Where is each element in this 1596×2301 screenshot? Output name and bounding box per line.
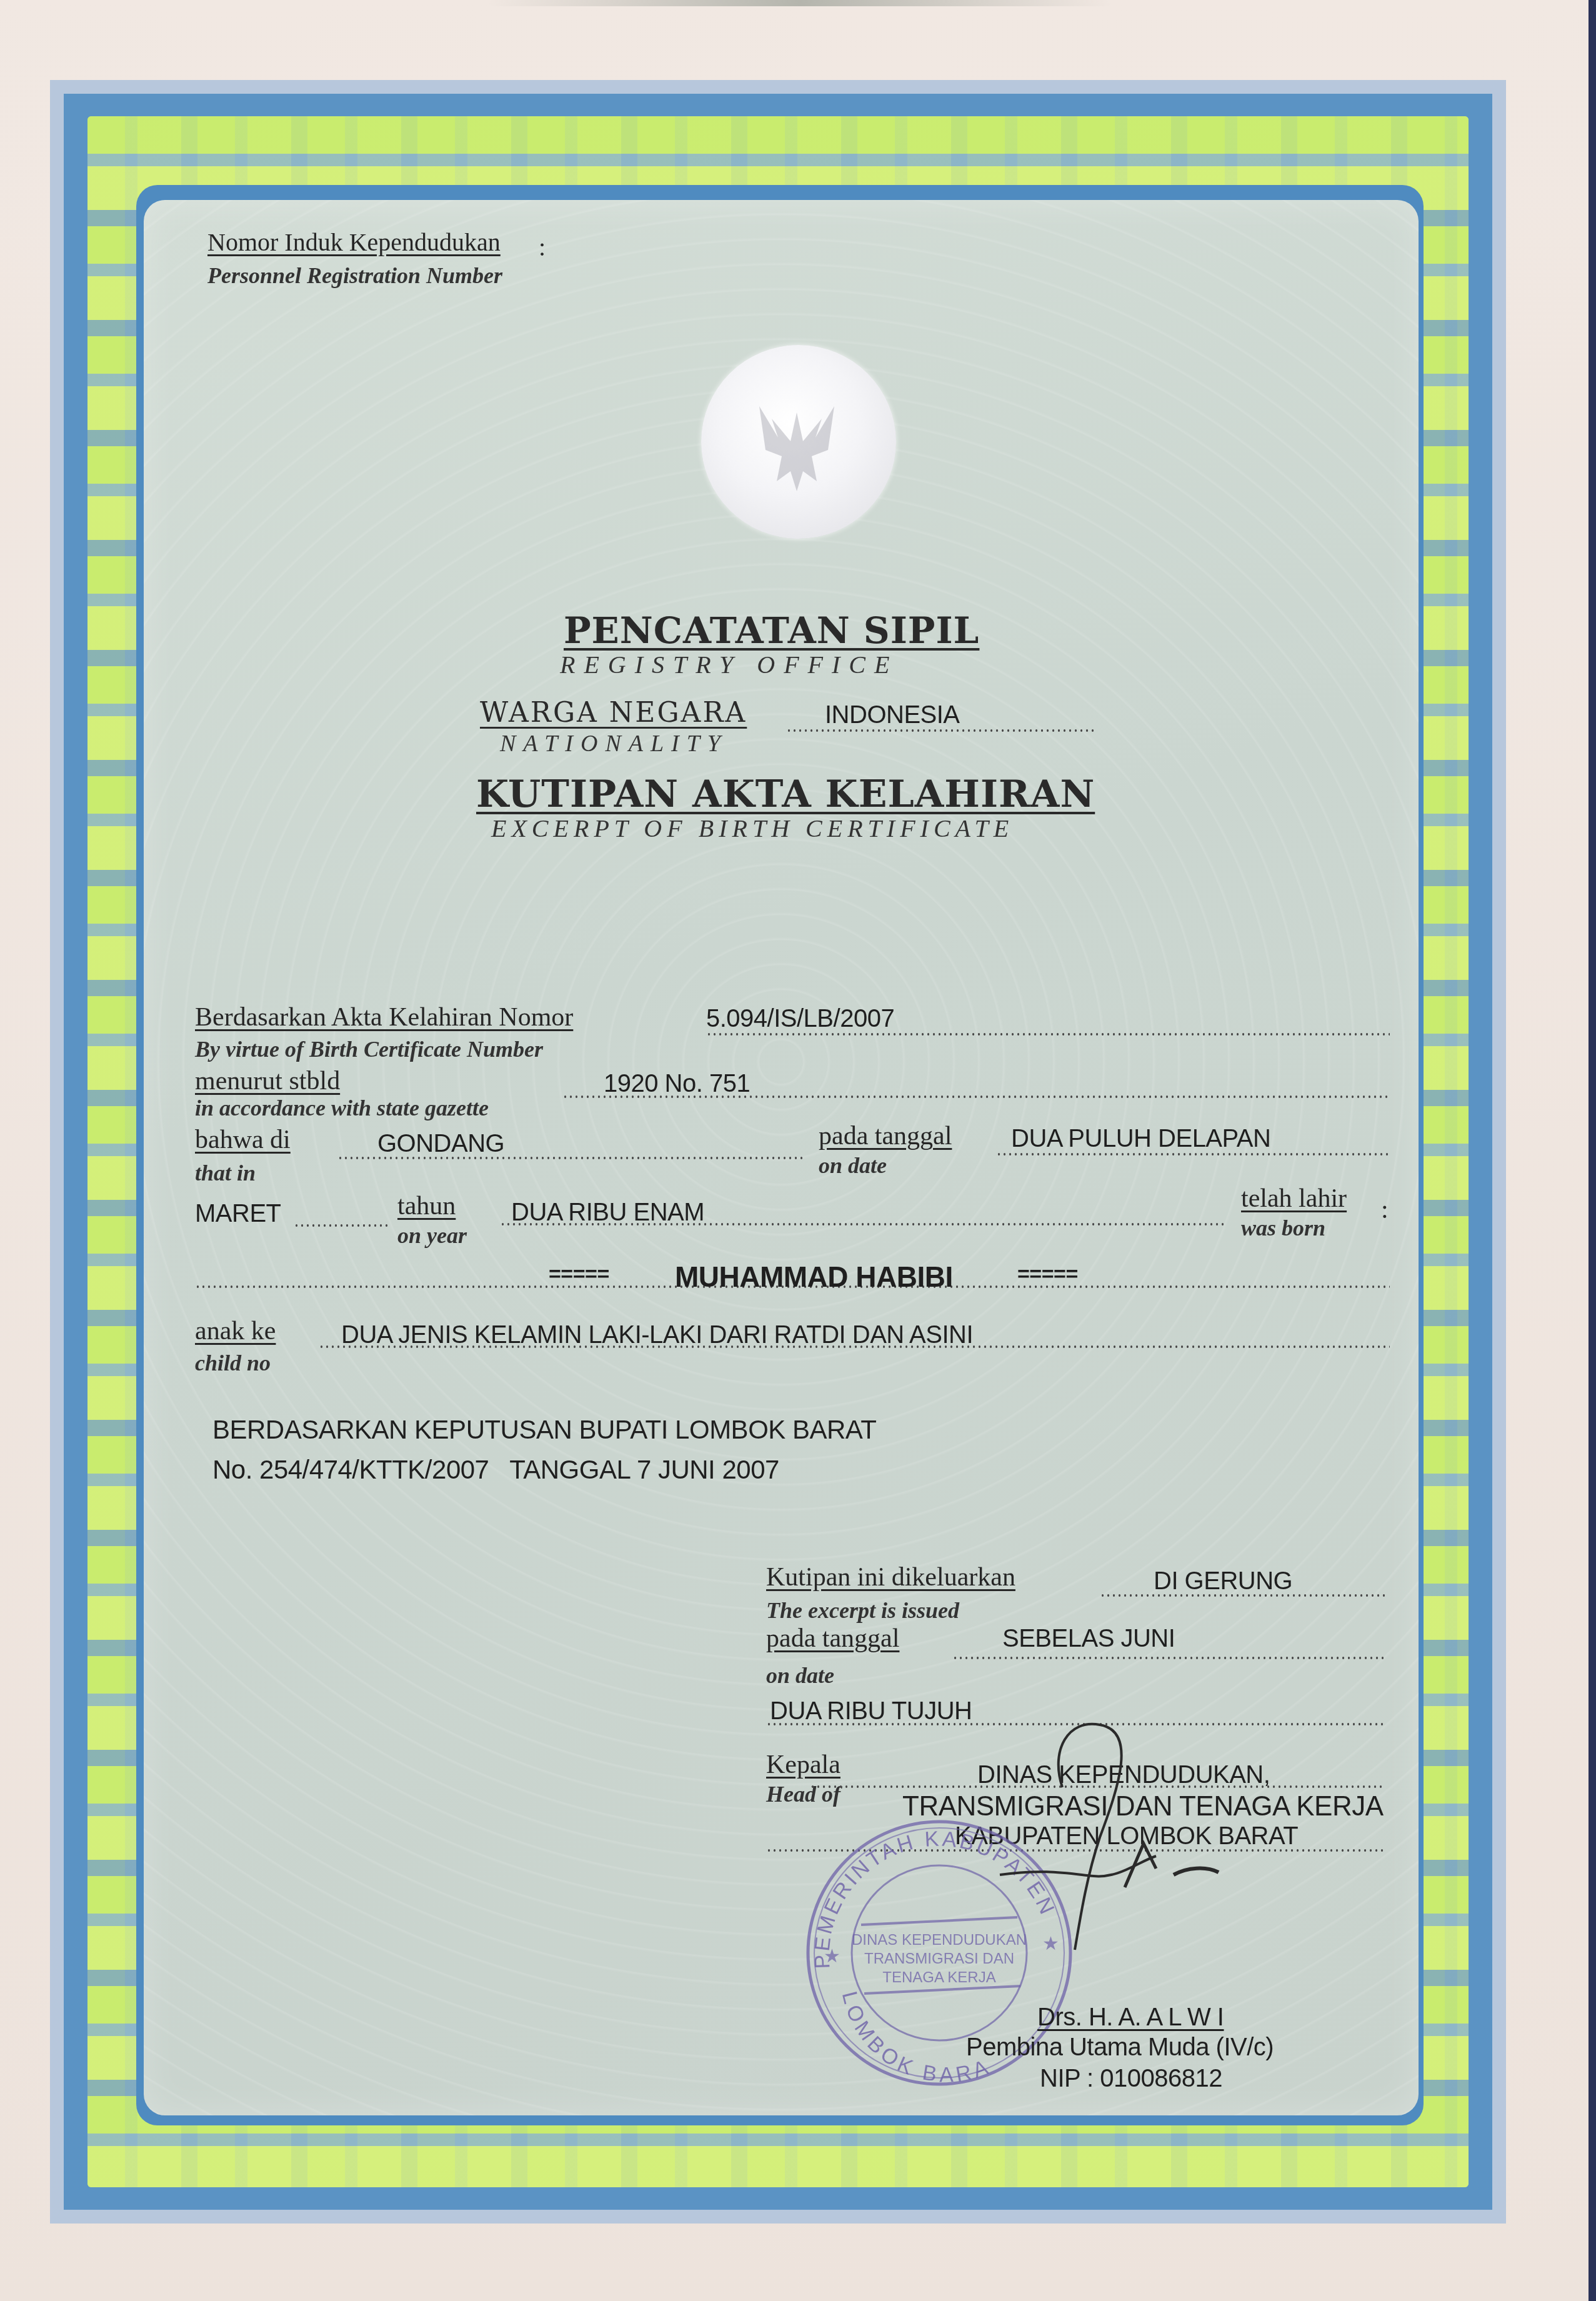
nationality-label: WARGA NEGARA — [480, 697, 747, 729]
office-title-en: REGISTRY OFFICE — [560, 650, 898, 679]
birth-date-dotted-line — [996, 1152, 1390, 1156]
born-colon: : — [1381, 1195, 1389, 1225]
birth-date-value: DUA PULUH DELAPAN — [1011, 1125, 1270, 1153]
signature — [975, 1712, 1275, 1975]
name-prefix: ===== — [549, 1262, 609, 1287]
place-label-en: that in — [195, 1160, 256, 1186]
head-label: Kepala — [766, 1750, 840, 1780]
nationality-value: INDONESIA — [825, 701, 960, 729]
issued-date-label: pada tanggal — [766, 1624, 899, 1654]
garuda-hologram-icon — [734, 381, 859, 506]
nik-colon: : — [539, 232, 546, 262]
document-title: KUTIPAN AKTA KELAHIRAN — [476, 772, 1095, 816]
birth-month-value: MARET — [195, 1200, 281, 1228]
signatory-name: Drs. H. A. A L W I — [1037, 2004, 1224, 2032]
place-dotted-line — [337, 1156, 806, 1160]
issued-label: Kutipan ini dikeluarkan — [766, 1562, 1015, 1592]
child-no-label: anak ke — [195, 1316, 276, 1346]
stbld-label-en: in accordance with state gazette — [195, 1095, 489, 1121]
issued-year-value: DUA RIBU TUJUH — [770, 1697, 972, 1725]
stbld-label: menurut stbld — [195, 1066, 340, 1096]
birth-date-label: pada tanggal — [819, 1121, 952, 1151]
place-value: GONDANG — [377, 1130, 504, 1158]
birth-year-label-en: on year — [397, 1222, 467, 1249]
issued-date-label-en: on date — [766, 1662, 834, 1689]
nik-label: Nomor Induk Kependudukan — [207, 227, 501, 257]
decree-line-1: BERDASARKAN KEPUTUSAN BUPATI LOMBOK BARA… — [212, 1415, 876, 1445]
child-no-dotted-line — [319, 1345, 1390, 1349]
birth-year-dotted-line — [500, 1222, 1227, 1226]
decree-line-2: No. 254/474/KTTK/2007 TANGGAL 7 JUNI 200… — [212, 1455, 779, 1485]
stbld-dotted-line — [562, 1095, 1390, 1099]
right-edge-shadow — [1589, 0, 1596, 2301]
top-edge-shadow — [487, 0, 1112, 6]
birth-date-label-en: on date — [819, 1152, 887, 1179]
cert-number-label-en: By virtue of Birth Certificate Number — [195, 1036, 543, 1062]
issued-place-dotted-line — [1100, 1594, 1385, 1597]
document-title-en: EXCERPT OF BIRTH CERTIFICATE — [491, 814, 1014, 843]
issued-place-value: DI GERUNG — [1154, 1567, 1292, 1595]
birth-month-dotted-line — [294, 1224, 387, 1227]
office-title: PENCATATAN SIPIL — [564, 609, 979, 652]
cert-number-value: 5.094/IS/LB/2007 — [706, 1005, 894, 1033]
birth-year-label: tahun — [397, 1191, 456, 1221]
issued-label-en: The excerpt is issued — [766, 1597, 959, 1624]
nationality-label-en: NATIONALITY — [500, 730, 728, 757]
place-label: bahwa di — [195, 1125, 291, 1155]
child-no-label-en: child no — [195, 1350, 271, 1376]
born-label-en: was born — [1241, 1215, 1325, 1241]
issued-date-dotted-line — [952, 1656, 1385, 1660]
child-name: MUHAMMAD HABIBI — [675, 1260, 953, 1294]
name-suffix: ===== — [1017, 1262, 1078, 1287]
cert-number-dotted-line — [706, 1032, 1390, 1036]
cert-number-label: Berdasarkan Akta Kelahiran Nomor — [195, 1002, 573, 1032]
nik-sublabel: Personnel Registration Number — [207, 262, 502, 289]
nationality-dotted-line — [786, 729, 1096, 732]
stbld-value: 1920 No. 751 — [604, 1070, 750, 1098]
issued-date-value: SEBELAS JUNI — [1002, 1625, 1175, 1653]
born-label: telah lahir — [1241, 1184, 1347, 1214]
stamp-star-icon: ★ — [824, 1946, 840, 1967]
signatory-nip: NIP : 010086812 — [1040, 2065, 1222, 2093]
signatory-rank: Pembina Utama Muda (IV/c) — [966, 2034, 1274, 2062]
